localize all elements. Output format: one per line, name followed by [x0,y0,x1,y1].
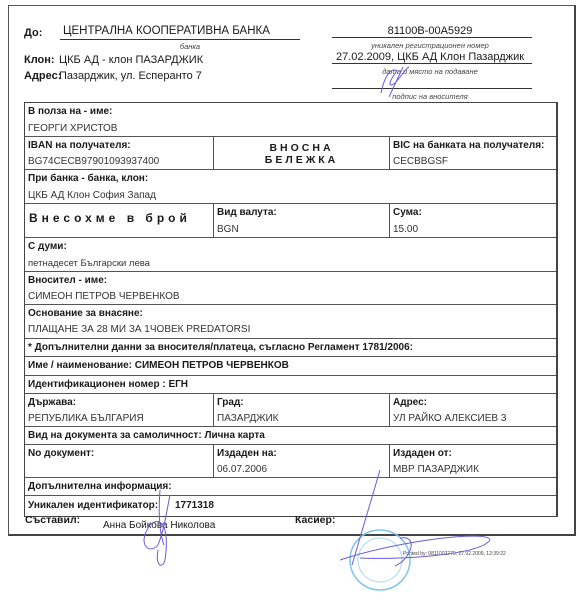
cashier-label: Касиер: [295,514,335,526]
country-cell: Държава: РЕПУБЛИКА БЪЛГАРИЯ [25,394,214,426]
registration-number: 81100B-00A5929 [330,25,530,37]
name-line: Име / наименование: СИМЕОН ПЕТРОВ ЧЕРВЕН… [28,360,289,371]
compiler-signature-icon [130,485,190,575]
cashier-signature-icon [340,470,520,570]
bic-cell: BIC на банката на получателя: CECBBGSF [390,137,556,169]
words-label: С думи: [28,241,67,252]
date-place: 27.02.2009, ЦКБ АД Клон Пазарджик [330,51,530,63]
branch-label: Клон: [24,54,55,66]
issued-by-label: Издаден от: [393,448,452,459]
depositor-label: Вносител - име: [28,275,107,286]
city-value: ПАЗАРДЖИК [217,413,278,424]
iban-value: BG74CECB97901093937400 [28,156,159,167]
amount-cell: Сума: 15.00 [390,204,556,237]
iban-cell: IBAN на получателя: BG74CECB979010939374… [25,137,214,169]
branch-value: ЦКБ АД - клон ПАЗАРДЖИК [59,54,203,66]
beneficiary-label: В полза на - име: [28,106,112,117]
cash-row: Внесохме в брой Вид валута: BGN Сума: 15… [25,204,556,238]
doc-no-cell: No документ: [25,445,214,477]
to-caption: банка [140,42,240,51]
iban-row: IBAN на получателя: BG74CECB979010939374… [25,137,556,170]
title-line-1: ВНОСНА [214,142,389,154]
id-row: Идентификационен номер : ЕГН [25,376,556,394]
currency-value: BGN [217,224,239,235]
additional-header-row: * Допълнителни данни за вносителя/платец… [25,339,556,357]
date-underline [332,63,532,64]
additional-header: * Допълнителни данни за вносителя/платец… [28,342,413,353]
currency-label: Вид валута: [217,207,277,218]
depositor-row: Вносител - име: СИМЕОН ПЕТРОВ ЧЕРВЕНКОВ [25,272,556,305]
amount-label: Сума: [393,207,422,218]
issued-on-value: 06.07.2006 [217,464,267,475]
address-label: Адрес: [24,70,61,82]
amount-value: 15.00 [393,224,418,235]
depositor-value: СИМЕОН ПЕТРОВ ЧЕРВЕНКОВ [28,291,180,302]
reason-row: Основание за внасяне: ПЛАЩАНЕ ЗА 28 МИ З… [25,305,556,339]
name-row: Име / наименование: СИМЕОН ПЕТРОВ ЧЕРВЕН… [25,357,556,376]
city-label: Град: [217,397,244,408]
doc-no-label: No документ: [28,448,94,459]
city-cell: Град: ПАЗАРДЖИК [214,394,390,426]
addr-value: УЛ РАЙКО АЛЕКСИЕВ 3 [393,413,506,424]
signature-underline [332,88,532,89]
id-line: Идентификационен номер : ЕГН [28,379,188,390]
currency-cell: Вид валута: BGN [214,204,390,237]
bic-label: BIC на банката на получателя: [393,140,544,151]
reg-underline [332,37,532,38]
beneficiary-row: В полза на - име: ГЕОРГИ ХРИСТОВ [25,103,556,137]
country-value: РЕПУБЛИКА БЪЛГАРИЯ [28,413,144,424]
reason-label: Основание за внасяне: [28,308,143,319]
beneficiary-value: ГЕОРГИ ХРИСТОВ [28,123,117,134]
address-value: Пазарджик, ул. Есперанто 7 [59,70,202,82]
address-cell: Адрес: УЛ РАЙКО АЛЕКСИЕВ 3 [390,394,556,426]
title-cell: ВНОСНА БЕЛЕЖКА [214,137,390,169]
country-label: Държава: [28,397,76,408]
bank-value: ЦКБ АД Клон София Запад [28,190,156,201]
iban-label: IBAN на получателя: [28,140,131,151]
doc-type-row: Вид на документа за самоличност: Лична к… [25,427,556,445]
bic-value: CECBBGSF [393,156,448,167]
bank-label: При банка - банка, клон: [28,173,148,184]
compiled-label: Съставил: [25,514,80,526]
words-value: петнадесет Български лева [28,258,150,269]
issued-on-label: Издаден на: [217,448,277,459]
to-label: До: [24,27,42,39]
deposit-slip-form: В полза на - име: ГЕОРГИ ХРИСТОВ IBAN на… [24,102,558,517]
reg-caption: уникален регистрационен номер [330,41,530,50]
cash-text: Внесохме в брой [29,211,191,225]
title-line-2: БЕЛЕЖКА [214,154,389,166]
signature-caption: подпис на вносителя [330,92,530,101]
depositor-signature-icon [375,63,415,99]
doc-type-line: Вид на документа за самоличност: Лична к… [28,430,265,441]
to-underline [60,39,300,40]
words-row: С думи: петнадесет Български лева [25,238,556,272]
to-value: ЦЕНТРАЛНА КООПЕРАТИВНА БАНКА [63,25,270,37]
addr-label: Адрес: [393,397,427,408]
reason-value: ПЛАЩАНЕ ЗА 28 МИ ЗА 1ЧОВЕК PREDATORSI [28,324,250,335]
bank-row: При банка - банка, клон: ЦКБ АД Клон Соф… [25,170,556,204]
date-place-caption: дата и място на подаване [330,67,530,76]
cash-cell: Внесохме в брой [25,204,214,237]
location-row: Държава: РЕПУБЛИКА БЪЛГАРИЯ Град: ПАЗАРД… [25,394,556,427]
